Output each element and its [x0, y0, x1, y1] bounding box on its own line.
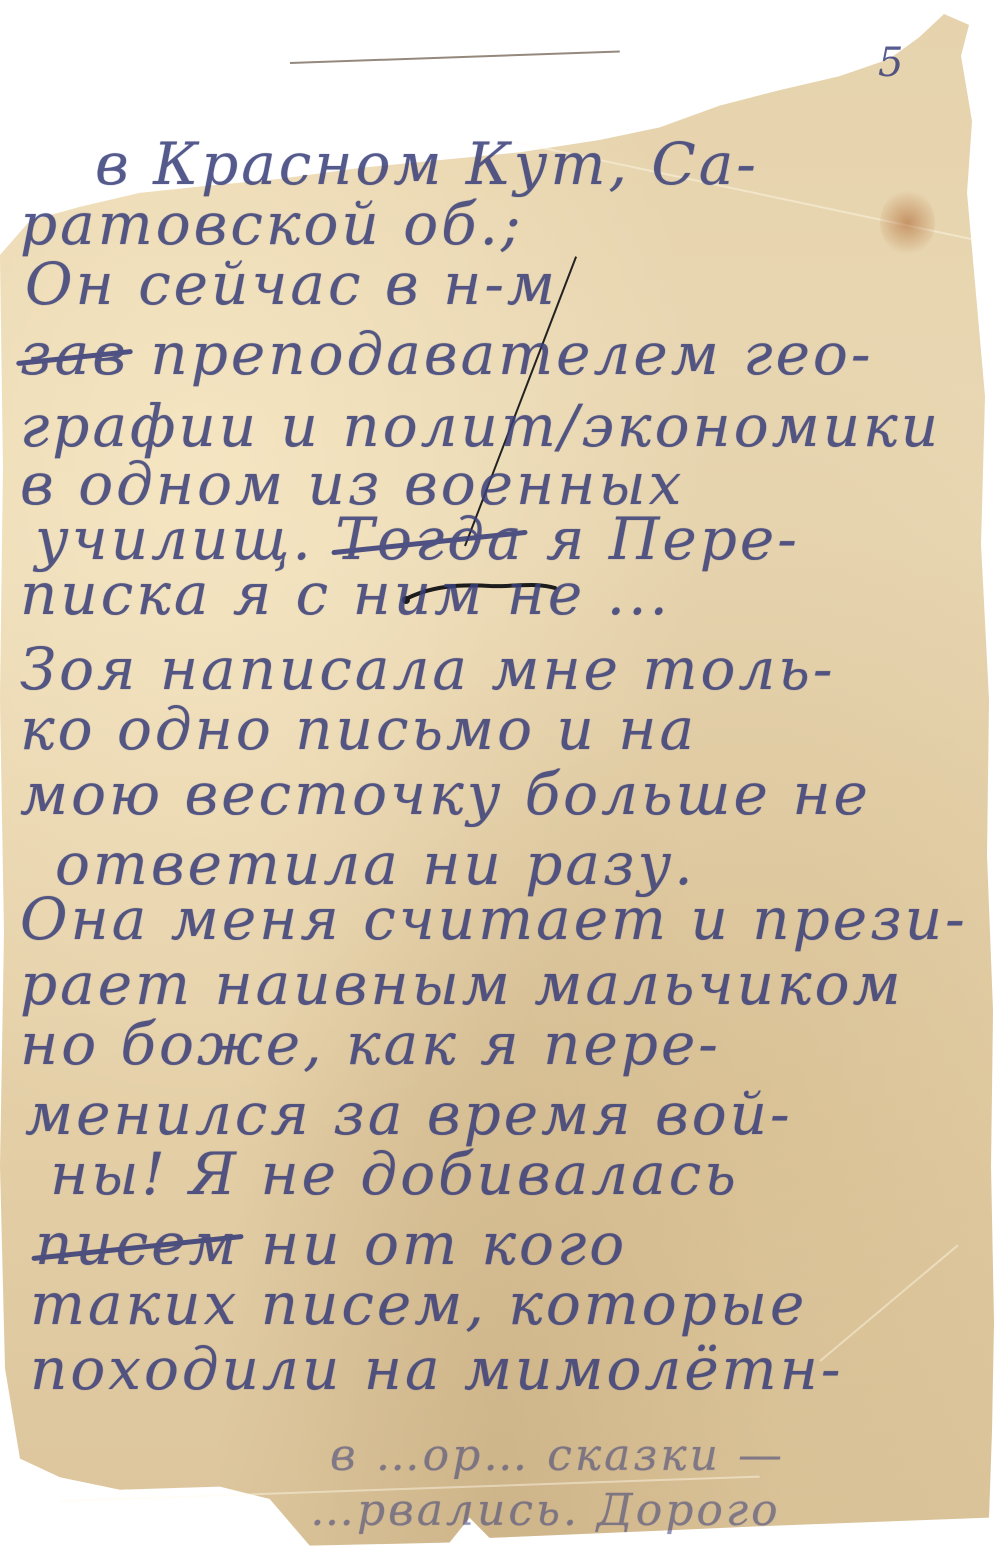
handwritten-line: менился за время вой-: [25, 1080, 793, 1148]
handwritten-line: мою весточку больше не: [20, 760, 871, 828]
line-text: ны! Я не добивалась: [50, 1140, 739, 1208]
line-text: в Красном Кут, Са-: [95, 130, 759, 198]
crossed-out-word: писем: [35, 1210, 240, 1278]
handwritten-line: ны! Я не добивалась: [50, 1140, 739, 1208]
handwritten-line: таких писем, которые: [30, 1270, 807, 1338]
line-text: рает наивным мальчиком: [20, 950, 904, 1018]
line-text: ни от кого: [240, 1210, 628, 1278]
line-text: писка я с ним не ...: [20, 560, 671, 628]
handwritten-line: Он сейчас в н-м: [25, 250, 558, 318]
crossed-out-word: зав: [20, 320, 129, 388]
line-text: в …ор… сказки —: [330, 1430, 785, 1481]
handwritten-line: ратовской об.;: [20, 190, 524, 258]
handwritten-line: рает наивным мальчиком: [20, 950, 904, 1018]
handwritten-line: в Красном Кут, Са-: [95, 130, 759, 198]
handwritten-line: походили на мимолётн-: [30, 1335, 843, 1403]
line-text: Она меня считает и прези-: [20, 885, 968, 953]
line-text: преподавателем гео-: [129, 320, 873, 388]
line-text: …рвались. Дорого: [310, 1485, 781, 1536]
line-text: Зоя написала мне толь-: [20, 635, 835, 703]
handwritten-line: но боже, как я пере-: [20, 1010, 721, 1078]
handwritten-line: писем ни от кого: [35, 1210, 627, 1278]
handwritten-line: ко одно письмо и на: [20, 695, 697, 763]
line-text: мою весточку больше не: [20, 760, 871, 828]
handwritten-line: Она меня считает и прези-: [20, 885, 968, 953]
handwritten-line: Зоя написала мне толь-: [20, 635, 835, 703]
torn-edge: [290, 50, 620, 64]
line-text: ратовской об.;: [20, 190, 524, 258]
page-number: 5: [878, 40, 903, 86]
line-text: менился за время вой-: [25, 1080, 793, 1148]
handwritten-line: зав преподавателем гео-: [20, 320, 873, 388]
handwritten-line: писка я с ним не ...: [20, 560, 671, 628]
handwritten-line: …рвались. Дорого: [310, 1485, 781, 1536]
line-text: походили на мимолётн-: [30, 1335, 843, 1403]
line-text: ко одно письмо и на: [20, 695, 697, 763]
line-text: таких писем, которые: [30, 1270, 807, 1338]
line-text: Он сейчас в н-м: [25, 250, 558, 318]
handwritten-line: в …ор… сказки —: [330, 1430, 785, 1481]
line-text: но боже, как я пере-: [20, 1010, 721, 1078]
rust-stain: [880, 190, 935, 255]
